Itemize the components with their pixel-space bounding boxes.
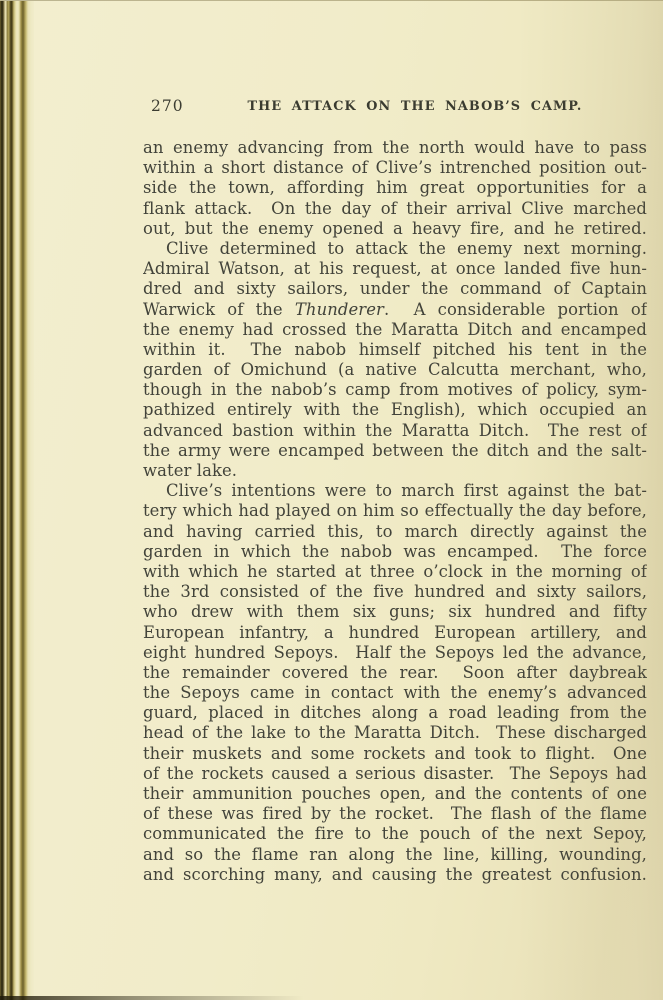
- text-segment: the 3rd consisted of the five hundred an…: [143, 582, 647, 601]
- text-segment: garden in which the nabob was encamped. …: [143, 542, 647, 561]
- text-line: eight hundred Sepoys. Half the Sepoys le…: [143, 643, 647, 663]
- text-segment: and scorching many, and causing the grea…: [143, 865, 647, 884]
- text-line: dred and sixty sailors, under the comman…: [143, 279, 647, 299]
- text-segment: their ammunition pouches open, and the c…: [143, 784, 647, 803]
- text-line: the remainder covered the rear. Soon aft…: [143, 663, 647, 683]
- text-line: side the town, affording him great oppor…: [143, 178, 647, 198]
- book-binding-gutter: [0, 1, 34, 1000]
- running-header: 270 THE ATTACK ON THE NABOB’S CAMP.: [143, 97, 647, 115]
- text-line: their ammunition pouches open, and the c…: [143, 784, 647, 804]
- text-segment: an enemy advancing from the north would …: [143, 138, 647, 157]
- text-line: with which he started at three o’clock i…: [143, 562, 647, 582]
- text-segment: of the rockets caused a serious disaster…: [143, 764, 647, 783]
- text-segment: the Sepoys came in contact with the enem…: [143, 683, 647, 702]
- text-segment: tery which had played on him so effectua…: [143, 501, 647, 520]
- text-segment: their muskets and some rockets and took …: [143, 744, 647, 763]
- text-line: flank attack. On the day of their arriva…: [143, 199, 647, 219]
- text-line: advanced bastion within the Maratta Ditc…: [143, 421, 647, 441]
- text-segment: the army were encamped between the ditch…: [143, 441, 647, 460]
- text-line: the army were encamped between the ditch…: [143, 441, 647, 461]
- text-segment: and so the flame ran along the line, kil…: [143, 845, 647, 864]
- running-title: THE ATTACK ON THE NABOB’S CAMP.: [183, 99, 647, 114]
- text-line: Clive determined to attack the enemy nex…: [143, 239, 647, 259]
- text-segment: dred and sixty sailors, under the comman…: [143, 279, 647, 298]
- page-bottom-edge-shadow: [0, 996, 320, 1000]
- text-segment: who drew with them six guns; six hundred…: [143, 602, 647, 621]
- text-segment: with which he started at three o’clock i…: [143, 562, 647, 581]
- text-line: the Sepoys came in contact with the enem…: [143, 683, 647, 703]
- text-line: Admiral Watson, at his request, at once …: [143, 259, 647, 279]
- text-segment: though in the nabob’s camp from motives …: [143, 380, 647, 399]
- text-segment: pathized entirely with the English), whi…: [143, 400, 647, 419]
- text-line: an enemy advancing from the north would …: [143, 138, 647, 158]
- book-page-scan: 270 THE ATTACK ON THE NABOB’S CAMP. an e…: [0, 0, 663, 1000]
- text-line: within it. The nabob himself pitched his…: [143, 340, 647, 360]
- text-line: and scorching many, and causing the grea…: [143, 865, 647, 885]
- text-segment: European infantry, a hundred European ar…: [143, 623, 647, 642]
- text-segment: and having carried this, to march direct…: [143, 522, 647, 541]
- text-segment: garden of Omichund (a native Calcutta me…: [143, 360, 647, 379]
- text-segment: . A considerable portion of: [384, 300, 647, 319]
- text-segment: water lake.: [143, 461, 237, 480]
- text-segment: communicated the fire to the pouch of th…: [143, 824, 647, 843]
- text-line: European infantry, a hundred European ar…: [143, 623, 647, 643]
- text-line: their muskets and some rockets and took …: [143, 744, 647, 764]
- text-line: head of the lake to the Maratta Ditch. T…: [143, 723, 647, 743]
- text-line: garden of Omichund (a native Calcutta me…: [143, 360, 647, 380]
- text-line: the 3rd consisted of the five hundred an…: [143, 582, 647, 602]
- text-segment: out, but the enemy opened a heavy fire, …: [143, 219, 647, 238]
- text-line: of the rockets caused a serious disaster…: [143, 764, 647, 784]
- text-segment: of these was fired by the rocket. The fl…: [143, 804, 647, 823]
- text-segment: flank attack. On the day of their arriva…: [143, 199, 647, 218]
- text-segment: the enemy had crossed the Maratta Ditch …: [143, 320, 647, 339]
- text-line: communicated the fire to the pouch of th…: [143, 824, 647, 844]
- text-segment: the remainder covered the rear. Soon aft…: [143, 663, 647, 682]
- text-segment: Warwick of the: [143, 300, 295, 319]
- text-segment: head of the lake to the Maratta Ditch. T…: [143, 723, 647, 742]
- page-number: 270: [151, 97, 184, 115]
- text-line: out, but the enemy opened a heavy fire, …: [143, 219, 647, 239]
- text-line: tery which had played on him so effectua…: [143, 501, 647, 521]
- text-line: and so the flame ran along the line, kil…: [143, 845, 647, 865]
- text-segment: side the town, affording him great oppor…: [143, 178, 647, 197]
- text-line: Warwick of the Thunderer. A considerable…: [143, 300, 647, 320]
- text-segment: within it. The nabob himself pitched his…: [143, 340, 647, 359]
- italic-text-segment: Thunderer: [295, 300, 384, 319]
- text-line: water lake.: [143, 461, 647, 481]
- text-line: guard, placed in ditches along a road le…: [143, 703, 647, 723]
- text-segment: within a short distance of Clive’s intre…: [143, 158, 647, 177]
- text-line: pathized entirely with the English), whi…: [143, 400, 647, 420]
- text-segment: Admiral Watson, at his request, at once …: [143, 259, 647, 278]
- text-line: the enemy had crossed the Maratta Ditch …: [143, 320, 647, 340]
- text-segment: guard, placed in ditches along a road le…: [143, 703, 647, 722]
- text-line: Clive’s intentions were to march first a…: [143, 481, 647, 501]
- text-line: who drew with them six guns; six hundred…: [143, 602, 647, 622]
- text-segment: Clive’s intentions were to march first a…: [166, 481, 647, 500]
- text-line: within a short distance of Clive’s intre…: [143, 158, 647, 178]
- body-text: an enemy advancing from the north would …: [143, 138, 647, 885]
- text-segment: eight hundred Sepoys. Half the Sepoys le…: [143, 643, 647, 662]
- text-segment: advanced bastion within the Maratta Ditc…: [143, 421, 647, 440]
- text-line: garden in which the nabob was encamped. …: [143, 542, 647, 562]
- text-line: though in the nabob’s camp from motives …: [143, 380, 647, 400]
- text-segment: Clive determined to attack the enemy nex…: [166, 239, 647, 258]
- text-line: and having carried this, to march direct…: [143, 522, 647, 542]
- text-line: of these was fired by the rocket. The fl…: [143, 804, 647, 824]
